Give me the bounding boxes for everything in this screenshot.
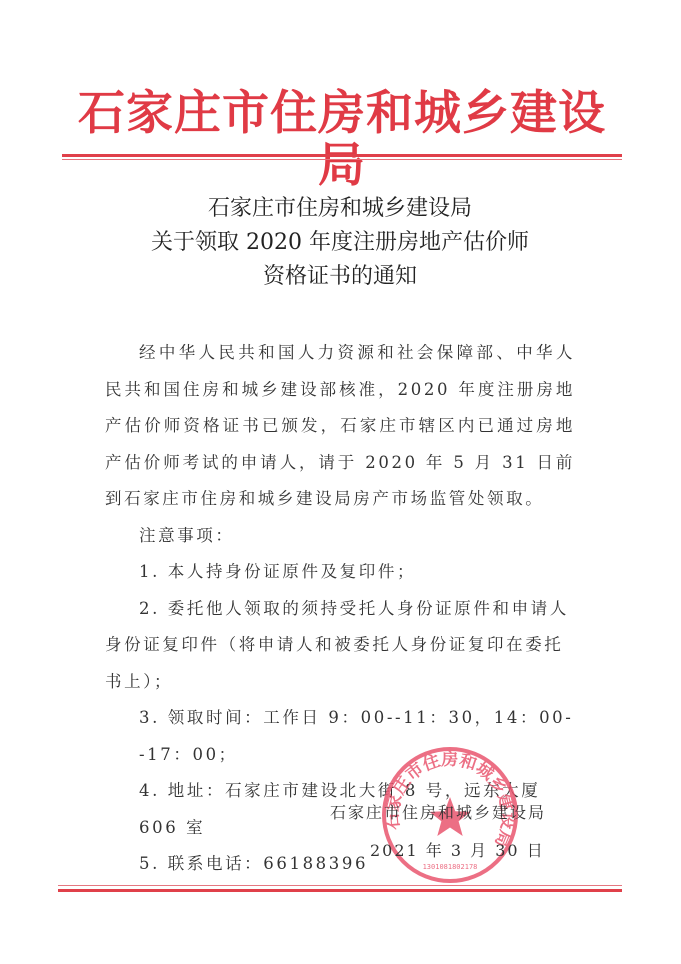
notice-document: 石家庄市住房和城乡建设局 石家庄市住房和城乡建设局 关于领取 2020 年度注册… bbox=[0, 0, 681, 964]
notes-heading: 注意事项： bbox=[105, 518, 575, 555]
title-line-1: 石家庄市住房和城乡建设局 bbox=[80, 192, 600, 226]
notice-title: 石家庄市住房和城乡建设局 关于领取 2020 年度注册房地产估价师 资格证书的通… bbox=[80, 192, 600, 294]
title-line-3: 资格证书的通知 bbox=[80, 260, 600, 294]
signature-org: 石家庄市住房和城乡建设局 bbox=[330, 800, 546, 823]
note-item-2: 2. 委托他人领取的须持受托人身份证原件和申请人身份证复印件（将申请人和被委托人… bbox=[105, 591, 575, 701]
footer-rule-thick bbox=[58, 889, 622, 892]
body-paragraph: 经中华人民共和国人力资源和社会保障部、中华人民共和国住房和城乡建设部核准，202… bbox=[105, 335, 575, 518]
footer-rule-thin bbox=[58, 885, 622, 886]
signature-date: 2021 年 3 月 30 日 bbox=[370, 838, 545, 861]
title-line-2: 关于领取 2020 年度注册房地产估价师 bbox=[80, 226, 600, 260]
letterhead-rule-thick bbox=[62, 154, 622, 157]
letterhead-rule-thin bbox=[62, 159, 622, 160]
letterhead-title: 石家庄市住房和城乡建设局 bbox=[62, 88, 622, 192]
stamp-code: 1301081802178 bbox=[423, 863, 478, 871]
note-item-1: 1. 本人持身份证原件及复印件； bbox=[105, 554, 575, 591]
